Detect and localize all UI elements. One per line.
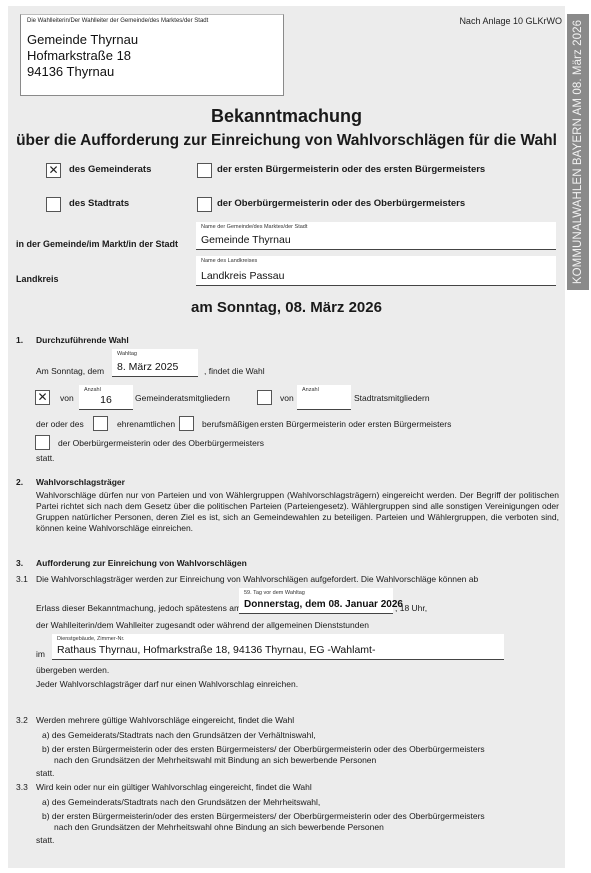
council-count-caption: Anzahl xyxy=(84,387,101,393)
submission-deadline-value: Donnerstag, dem 08. Januar 2026 xyxy=(244,599,403,610)
checkbox-city-council-members[interactable] xyxy=(257,390,272,405)
section-3-2-b1: b) der ersten Bürgermeisterin oder des e… xyxy=(42,744,485,754)
district-field[interactable]: Name des Landkreises Landkreis Passau xyxy=(196,256,556,286)
section-2-text: Wahlvorschläge dürfen nur von Parteien u… xyxy=(36,490,559,534)
section-3-3-b2: nach den Grundsätzen der Mehrheitswahl o… xyxy=(54,822,384,832)
side-banner: KOMMUNALWAHLEN BAYERN AM 08. März 2026 xyxy=(567,14,589,290)
form-page: Die Wahlleiterin/Der Wahlleiter der Geme… xyxy=(8,6,565,868)
section-3-1-line2-suffix: , 18 Uhr, xyxy=(395,603,427,613)
address-line: 94136 Thyrnau xyxy=(27,64,138,80)
election-day-value: 8. März 2025 xyxy=(117,361,178,373)
section-3-1-number: 3.1 xyxy=(16,574,28,584)
section-2-number: 2. xyxy=(16,477,23,487)
label-buergermeister: der ersten Bürgermeisterin oder des erst… xyxy=(217,164,485,175)
municipality-label: in der Gemeinde/im Markt/in der Stadt xyxy=(16,239,178,249)
lord-mayor-label: der Oberbürgermeisterin oder des Oberbür… xyxy=(58,438,264,448)
section-3-1-line5: Jeder Wahlvorschlagsträger darf nur eine… xyxy=(36,679,298,689)
side-banner-text: KOMMUNALWAHLEN BAYERN AM 08. März 2026 xyxy=(572,20,584,284)
address-lines: Gemeinde Thyrnau Hofmarkstraße 18 94136 … xyxy=(27,32,138,80)
section-3-3-number: 3.3 xyxy=(16,782,28,792)
district-value: Landkreis Passau xyxy=(201,270,284,282)
section-3-2-number: 3.2 xyxy=(16,715,28,725)
date-prefix: Am Sonntag, dem xyxy=(36,366,104,376)
section-3-2-b2: nach den Grundsätzen der Mehrheitswahl m… xyxy=(54,755,376,765)
office-location-caption: Dienstgebäude, Zimmer-Nr. xyxy=(57,636,125,642)
label-stadtrat: des Stadtrats xyxy=(69,198,129,209)
section-3-1-line4: übergeben werden. xyxy=(36,665,109,675)
address-line: Gemeinde Thyrnau xyxy=(27,32,138,48)
checkbox-honorary[interactable] xyxy=(93,416,108,431)
section-1-title: Durchzuführende Wahl xyxy=(36,335,129,345)
checkbox-stadtrat[interactable] xyxy=(46,197,61,212)
section-3-3-intro: Wird kein oder nur ein gültiger Wahlvors… xyxy=(36,782,312,792)
election-day-caption: Wahltag xyxy=(117,351,137,357)
city-council-von: von xyxy=(280,393,294,403)
section-3-3-a: a) des Gemeinderats/Stadtrats nach den G… xyxy=(42,797,320,807)
page-title: Bekanntmachung xyxy=(8,106,565,127)
district-caption: Name des Landkreises xyxy=(201,258,257,264)
section-3-1-im: im xyxy=(36,649,45,659)
section-1-end: statt. xyxy=(36,453,54,463)
office-location-value: Rathaus Thyrnau, Hofmarkstraße 18, 94136… xyxy=(57,644,375,656)
checkbox-professional[interactable] xyxy=(179,416,194,431)
date-suffix: , findet die Wahl xyxy=(204,366,265,376)
municipality-value: Gemeinde Thyrnau xyxy=(201,234,291,246)
election-officer-address-box: Die Wahlleiterin/Der Wahlleiter der Geme… xyxy=(20,14,284,96)
checkbox-gemeinderat[interactable]: ✕ xyxy=(46,163,61,178)
section-3-number: 3. xyxy=(16,558,23,568)
professional-label: berufsmäßigen xyxy=(202,419,259,429)
office-location-field[interactable]: Dienstgebäude, Zimmer-Nr. Rathaus Thyrna… xyxy=(52,634,504,660)
honorary-label: ehrenamtlichen xyxy=(117,419,175,429)
council-label: Gemeinderatsmitgliedern xyxy=(135,393,230,403)
section-3-3-b1: b) der ersten Bürgermeisterin/oder des e… xyxy=(42,811,485,821)
form-reference: Nach Anlage 10 GLKrWO xyxy=(459,16,562,26)
city-council-count-field[interactable]: Anzahl xyxy=(297,385,351,410)
address-caption: Die Wahlleiterin/Der Wahlleiter der Geme… xyxy=(27,18,208,24)
district-label: Landkreis xyxy=(16,274,59,284)
section-3-2-intro: Werden mehrere gültige Wahlvorschläge ei… xyxy=(36,715,294,725)
checkbox-buergermeister[interactable] xyxy=(197,163,212,178)
mayor-suffix: ersten Bürgermeisterin oder ersten Bürge… xyxy=(260,419,451,429)
submission-deadline-caption: 59. Tag vor dem Wahltag xyxy=(244,590,305,596)
section-3-2-a: a) des Gemeiderats/Stadtrats nach den Gr… xyxy=(42,730,316,740)
address-line: Hofmarkstraße 18 xyxy=(27,48,138,64)
election-day-field[interactable]: Wahltag 8. März 2025 xyxy=(112,349,198,377)
checkbox-council-members[interactable]: ✕ xyxy=(35,390,50,405)
municipality-field[interactable]: Name der Gemeinde/des Marktes/der Stadt … xyxy=(196,222,556,250)
checkbox-lord-mayor[interactable] xyxy=(35,435,50,450)
municipality-caption: Name der Gemeinde/des Marktes/der Stadt xyxy=(201,224,307,230)
submission-deadline-field[interactable]: 59. Tag vor dem Wahltag Donnerstag, dem … xyxy=(239,588,393,614)
section-2-title: Wahlvorschlagsträger xyxy=(36,477,125,487)
label-oberbuergermeister: der Oberbürgermeisterin oder des Oberbür… xyxy=(217,198,465,209)
council-count-field[interactable]: Anzahl 16 xyxy=(79,385,133,410)
election-date-heading: am Sonntag, 08. März 2026 xyxy=(8,299,565,316)
page-subtitle: über die Aufforderung zur Einreichung vo… xyxy=(8,132,565,150)
section-3-3-end: statt. xyxy=(36,835,54,845)
checkbox-oberbuergermeister[interactable] xyxy=(197,197,212,212)
section-3-1-line1: Die Wahlvorschlagsträger werden zur Einr… xyxy=(36,574,478,584)
council-von: von xyxy=(60,393,74,403)
city-council-count-caption: Anzahl xyxy=(302,387,319,393)
council-count-value: 16 xyxy=(79,394,133,406)
section-3-1-line3: der Wahlleiterin/dem Wahlleiter zugesand… xyxy=(36,620,369,630)
label-gemeinderat: des Gemeinderats xyxy=(69,164,151,175)
section-1-number: 1. xyxy=(16,335,23,345)
city-council-label: Stadtratsmitgliedern xyxy=(354,393,430,403)
section-3-2-end: statt. xyxy=(36,768,54,778)
section-3-1-line2-prefix: Erlass dieser Bekanntmachung, jedoch spä… xyxy=(36,603,241,613)
mayor-prefix: der oder des xyxy=(36,419,84,429)
section-3-title: Aufforderung zur Einreichung von Wahlvor… xyxy=(36,558,247,568)
